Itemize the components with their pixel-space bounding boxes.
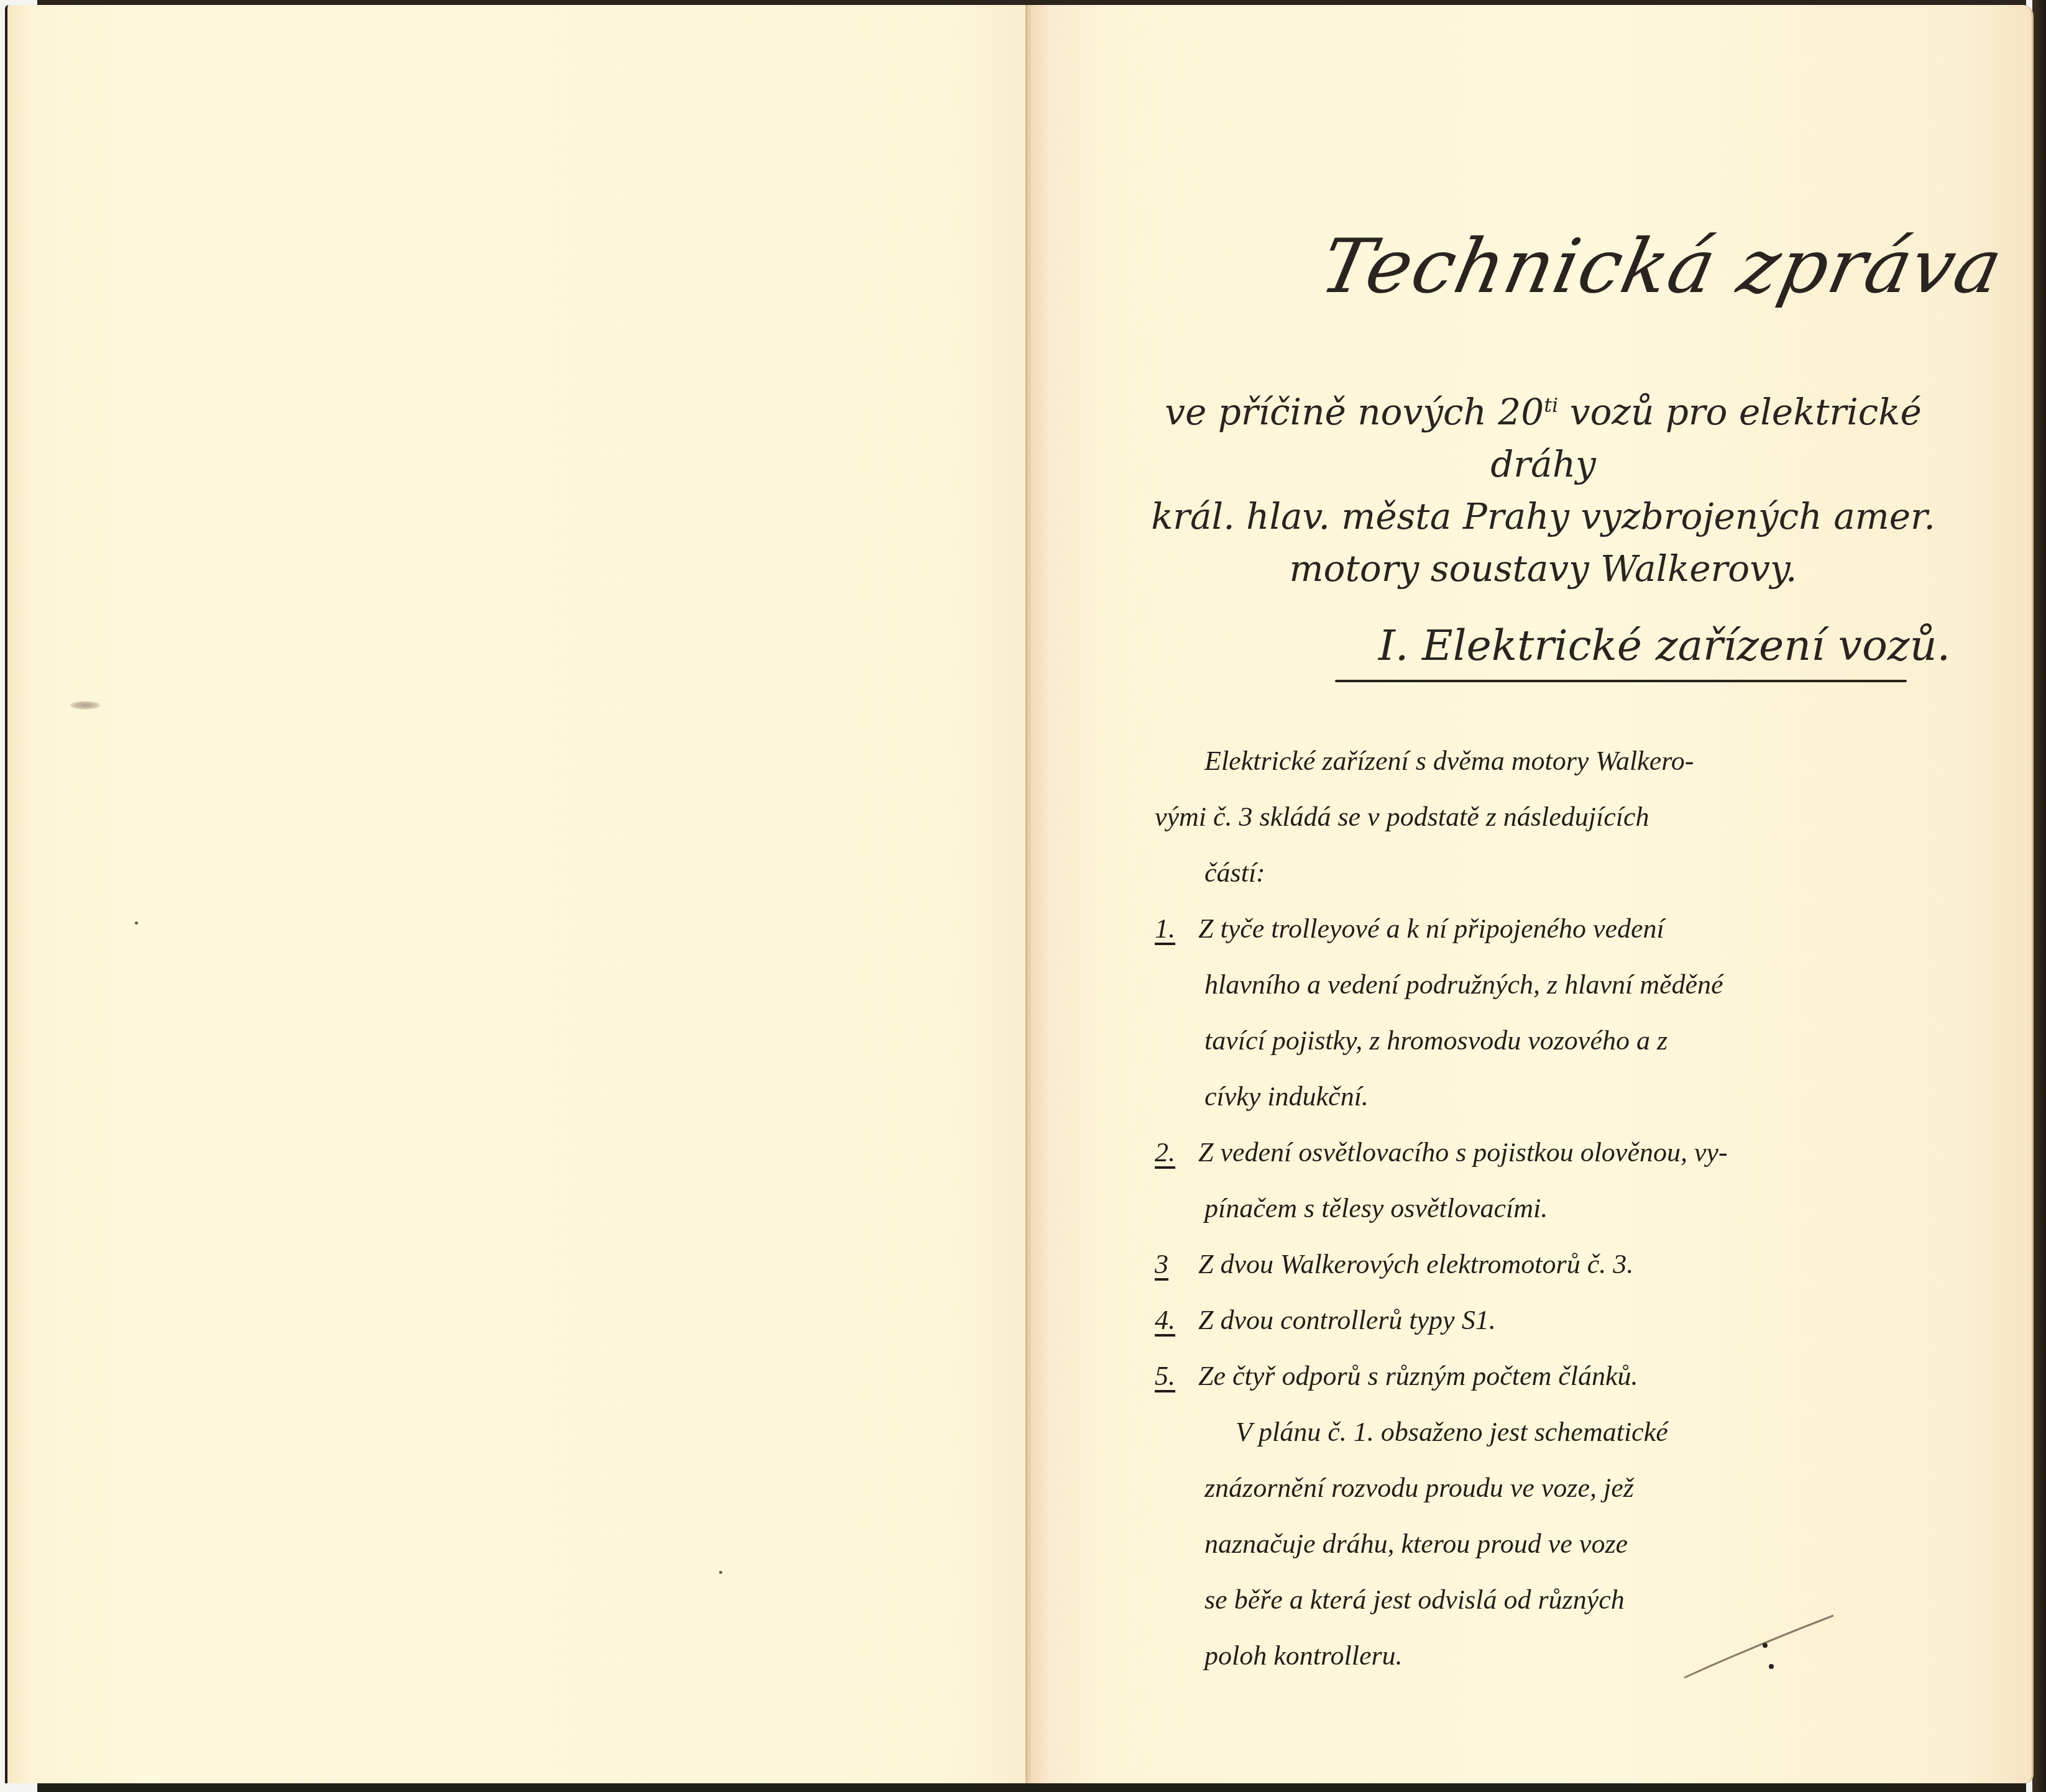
closing-line: poloh kontrolleru. [1155,1628,1994,1684]
closing-line: znázornění rozvodu proudu ve voze, jež [1155,1460,1994,1516]
section-heading: I. Elektrické zařízení vozů. [1379,621,1938,670]
subtitle-line-2: král. hlav. města Prahy vyzbrojených ame… [1124,490,1963,542]
list-item-1-cont: hlavního a vedení podružných, z hlavní m… [1155,957,1994,1013]
closing-line: naznačuje dráhu, kterou proud ve voze [1155,1516,1994,1572]
ink-stain [70,701,101,710]
list-item-number: 4. [1155,1292,1198,1348]
left-page-blank [5,5,1030,1783]
list-item-5: 5. Ze čtyř odporů s různým počtem článků… [1155,1348,1994,1404]
speck [719,1571,722,1574]
subtitle-line-3: motory soustavy Walkerovy. [1124,542,1963,595]
list-item-1-cont: cívky indukční. [1155,1069,1994,1125]
binding-right-edge [2032,0,2046,1792]
section-underline [1335,680,1907,682]
list-item-number: 1. [1155,901,1198,957]
list-item-4: 4. Z dvou controllerů typy S1. [1155,1292,1994,1348]
document-subtitle: ve příčině nových 20ti vozů pro elektric… [1124,379,1963,595]
list-item-2-cont: pínačem s tělesy osvětlovacími. [1155,1181,1994,1237]
body-text: Elektrické zařízení s dvěma motory Walke… [1155,733,1994,1684]
document-title: Technická zpráva [1313,224,1779,310]
list-item-number: 5. [1155,1348,1198,1404]
closing-line: V plánu č. 1. obsaženo jest schematické [1155,1404,1994,1460]
list-item-2: 2. Z vedení osvětlovacího s pojistkou ol… [1155,1125,1994,1181]
intro-line: částí: [1155,845,1994,901]
closing-line: se běře a která jest odvislá od různých [1155,1572,1994,1628]
right-page-content: Technická zpráva ve příčině nových 20ti … [1030,0,2034,1792]
intro-line: vými č. 3 skládá se v podstatě z následu… [1155,789,1994,845]
subtitle-line-1: ve příčině nových 20ti vozů pro elektric… [1124,379,1963,490]
list-item-3: 3 Z dvou Walkerových elektromotorů č. 3. [1155,1237,1994,1292]
list-item-number: 2. [1155,1125,1198,1181]
list-item-number: 3 [1155,1237,1198,1292]
list-item-1-cont: tavící pojistky, z hromosvodu vozového a… [1155,1013,1994,1069]
gutter-fold [1025,5,1027,1783]
end-flourish-icon [1678,1609,1840,1684]
intro-line: Elektrické zařízení s dvěma motory Walke… [1155,733,1994,789]
list-item-1: 1. Z tyče trolleyové a k ní připojeného … [1155,901,1994,957]
speck [135,921,138,925]
